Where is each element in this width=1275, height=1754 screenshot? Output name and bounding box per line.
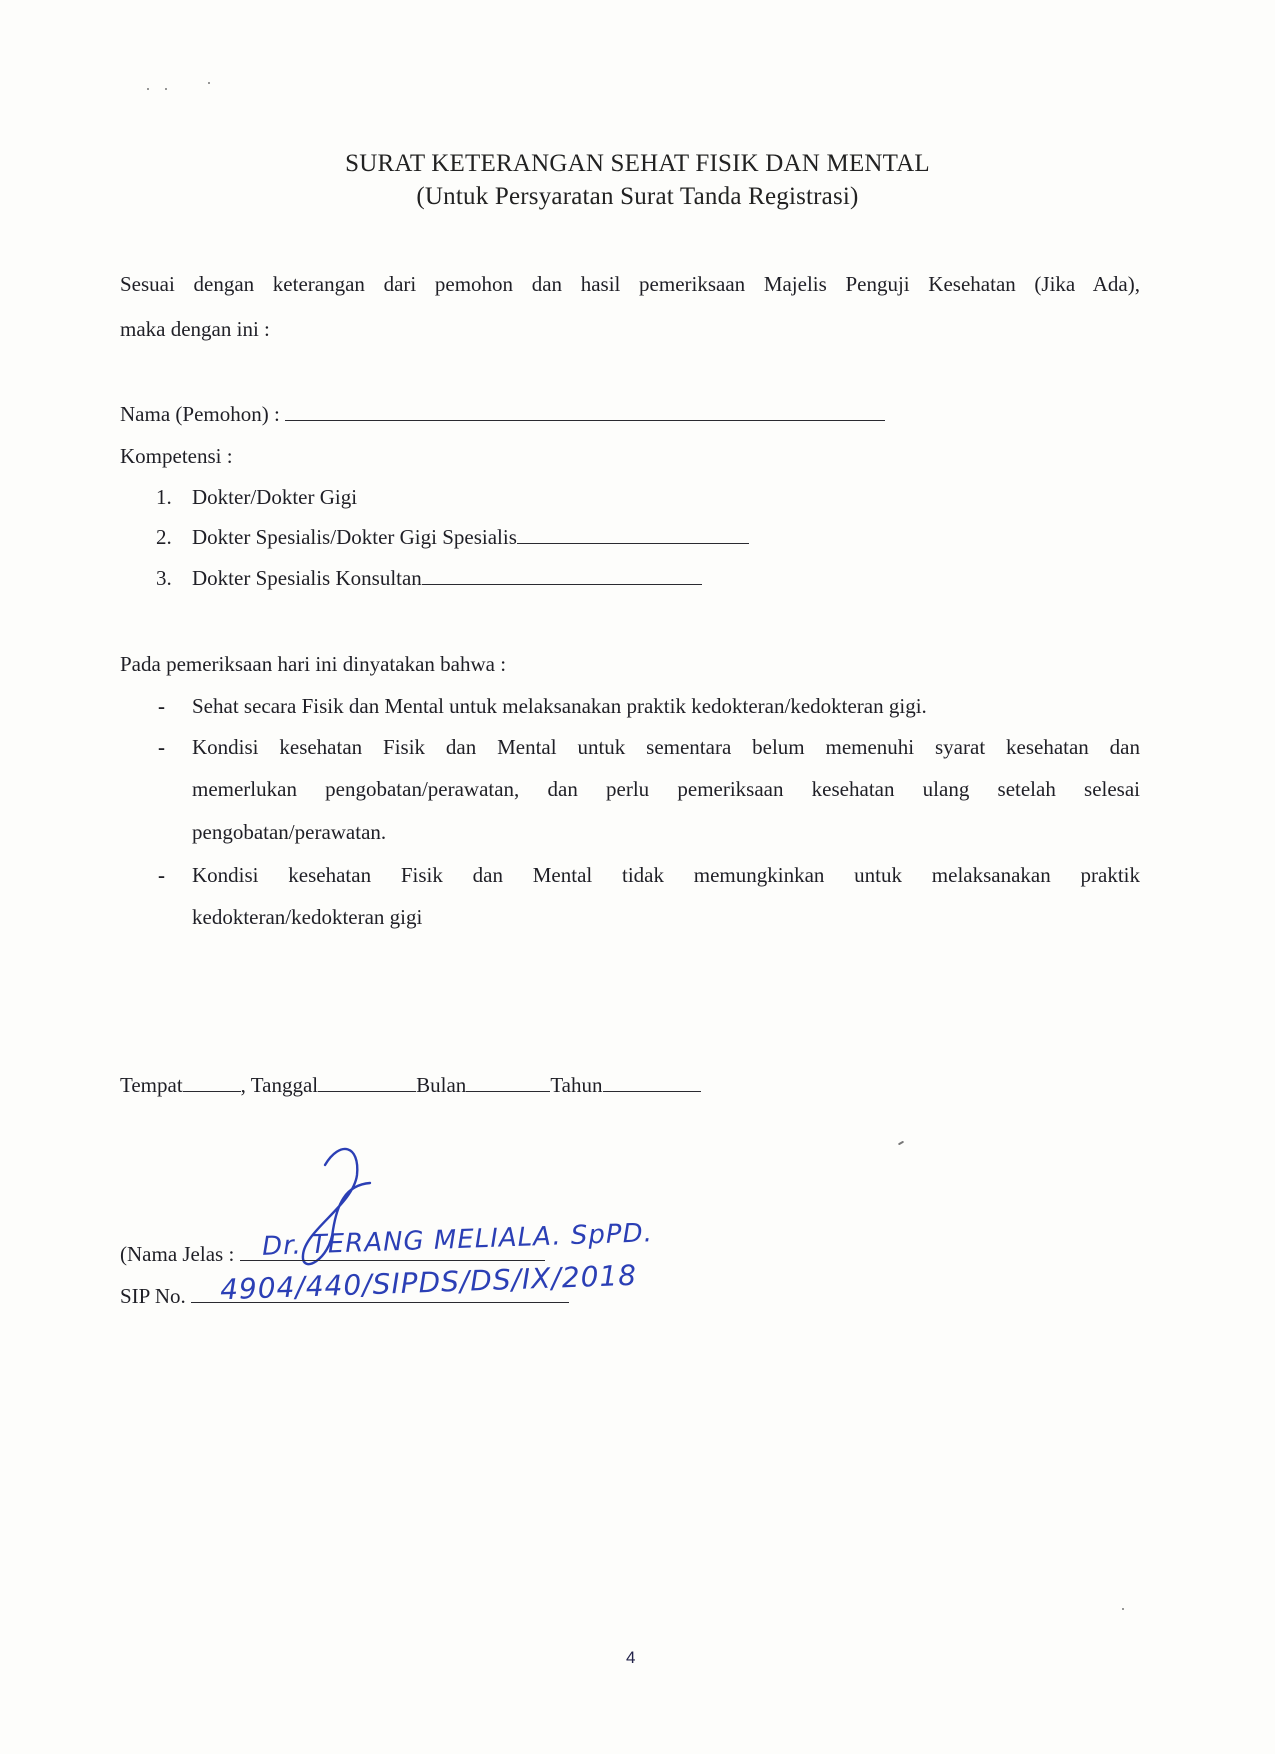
- tahun-label: Tahun: [550, 1073, 602, 1097]
- kompetensi-item-3: 3.Dokter Spesialis Konsultan: [156, 566, 702, 591]
- nama-pemohon-field[interactable]: [285, 419, 885, 421]
- nama-pemohon-label: Nama (Pemohon) :: [120, 402, 280, 426]
- nama-pemohon-row: Nama (Pemohon) :: [120, 402, 885, 427]
- scan-speck: [1122, 1608, 1124, 1610]
- statement-3-line-2: kedokteran/kedokteran gigi: [192, 905, 422, 930]
- bullet-marker: -: [158, 735, 165, 760]
- tempat-field[interactable]: [183, 1090, 241, 1092]
- statement-2-line-1: Kondisi kesehatan Fisik dan Mental untuk…: [192, 735, 1140, 760]
- document-subtitle: (Untuk Persyaratan Surat Tanda Registras…: [0, 183, 1275, 211]
- tempat-label: Tempat: [120, 1073, 183, 1097]
- item-label: Dokter Spesialis/Dokter Gigi Spesialis: [192, 525, 517, 549]
- kompetensi-item-2: 2.Dokter Spesialis/Dokter Gigi Spesialis: [156, 525, 749, 550]
- scan-speck: [898, 1141, 904, 1146]
- item-number: 1.: [156, 485, 192, 510]
- item-label: Dokter/Dokter Gigi: [192, 485, 357, 509]
- bulan-label: Bulan: [416, 1073, 466, 1097]
- intro-line-1: Sesuai dengan keterangan dari pemohon da…: [120, 272, 1140, 297]
- konsultan-field[interactable]: [422, 583, 702, 585]
- scan-speck: [147, 88, 149, 90]
- nama-jelas-label: (Nama Jelas :: [120, 1242, 234, 1266]
- tahun-field[interactable]: [603, 1090, 701, 1092]
- item-number: 2.: [156, 525, 192, 550]
- bullet-marker: -: [158, 863, 165, 888]
- spesialis-field[interactable]: [517, 542, 749, 544]
- intro-line-2: maka dengan ini :: [120, 317, 270, 342]
- tanggal-field[interactable]: [318, 1090, 416, 1092]
- item-label: Dokter Spesialis Konsultan: [192, 566, 422, 590]
- tanggal-label: , Tanggal: [241, 1073, 318, 1097]
- date-place-row: Tempat, TanggalBulanTahun: [120, 1073, 701, 1098]
- bulan-field[interactable]: [466, 1090, 550, 1092]
- bullet-marker: -: [158, 694, 165, 719]
- item-number: 3.: [156, 566, 192, 591]
- sip-label: SIP No.: [120, 1284, 186, 1308]
- document-title: SURAT KETERANGAN SEHAT FISIK DAN MENTAL: [0, 150, 1275, 178]
- kompetensi-label: Kompetensi :: [120, 444, 233, 469]
- page-number: 4: [626, 1648, 635, 1668]
- scan-speck: [165, 88, 167, 90]
- statement-2-line-3: pengobatan/perawatan.: [192, 820, 386, 845]
- kompetensi-item-1: 1.Dokter/Dokter Gigi: [156, 485, 357, 510]
- statement-2-line-2: memerlukan pengobatan/perawatan, dan per…: [192, 777, 1140, 802]
- scan-speck: [208, 82, 210, 84]
- statement-label: Pada pemeriksaan hari ini dinyatakan bah…: [120, 652, 506, 677]
- statement-1: Sehat secara Fisik dan Mental untuk mela…: [192, 694, 927, 719]
- statement-3-line-1: Kondisi kesehatan Fisik dan Mental tidak…: [192, 863, 1140, 888]
